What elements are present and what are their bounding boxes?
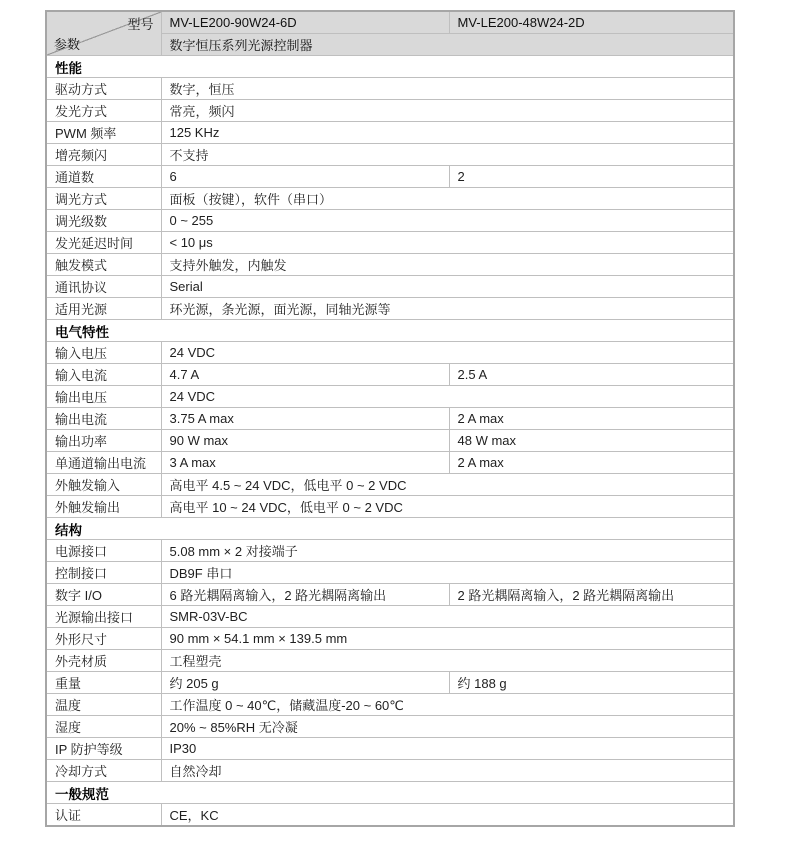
spec-value: CE，KC	[161, 804, 734, 827]
table-row: 湿度20% ~ 85%RH 无冷凝	[46, 716, 734, 738]
section-row: 性能	[46, 56, 734, 78]
spec-value: 不支持	[161, 144, 734, 166]
table-row: 输入电压24 VDC	[46, 342, 734, 364]
corner-label-parameter: 参数	[54, 34, 80, 53]
spec-label: PWM 频率	[46, 122, 161, 144]
spec-label: 输入电流	[46, 364, 161, 386]
section-row: 结构	[46, 518, 734, 540]
spec-value: 6 路光耦隔离输入，2 路光耦隔离输出	[161, 584, 449, 606]
spec-label: IP 防护等级	[46, 738, 161, 760]
table-row: PWM 频率125 KHz	[46, 122, 734, 144]
spec-label: 适用光源	[46, 298, 161, 320]
spec-value: 90 mm × 54.1 mm × 139.5 mm	[161, 628, 734, 650]
spec-value: IP30	[161, 738, 734, 760]
spec-label: 调光方式	[46, 188, 161, 210]
spec-value: 2.5 A	[449, 364, 734, 386]
table-row: 电源接口5.08 mm × 2 对接端子	[46, 540, 734, 562]
spec-value: 125 KHz	[161, 122, 734, 144]
spec-label: 发光方式	[46, 100, 161, 122]
spec-label: 外触发输入	[46, 474, 161, 496]
spec-value: 5.08 mm × 2 对接端子	[161, 540, 734, 562]
model-name-cell: MV-LE200-48W24-2D	[449, 11, 734, 34]
spec-value: 24 VDC	[161, 342, 734, 364]
spec-value: 面板（按键），软件（串口）	[161, 188, 734, 210]
spec-label: 电源接口	[46, 540, 161, 562]
spec-value: 自然冷却	[161, 760, 734, 782]
table-row: 重量约 205 g约 188 g	[46, 672, 734, 694]
spec-value: 约 188 g	[449, 672, 734, 694]
spec-value: 48 W max	[449, 430, 734, 452]
spec-label: 通道数	[46, 166, 161, 188]
model-header-row: 型号 参数 MV-LE200-90W24-6D MV-LE200-48W24-2…	[46, 11, 734, 34]
section-title: 结构	[46, 518, 734, 540]
table-row: 认证CE，KC	[46, 804, 734, 827]
spec-value: 3.75 A max	[161, 408, 449, 430]
spec-label: 认证	[46, 804, 161, 827]
spec-value: 常亮，频闪	[161, 100, 734, 122]
spec-label: 驱动方式	[46, 78, 161, 100]
spec-label: 输出电压	[46, 386, 161, 408]
table-row: 控制接口DB9F 串口	[46, 562, 734, 584]
spec-value: 数字，恒压	[161, 78, 734, 100]
spec-value: DB9F 串口	[161, 562, 734, 584]
table-row: 外触发输入高电平 4.5 ~ 24 VDC，低电平 0 ~ 2 VDC	[46, 474, 734, 496]
spec-label: 调光级数	[46, 210, 161, 232]
section-title: 电气特性	[46, 320, 734, 342]
spec-label: 触发模式	[46, 254, 161, 276]
table-row: 驱动方式数字，恒压	[46, 78, 734, 100]
spec-value: 支持外触发，内触发	[161, 254, 734, 276]
table-row: 增亮频闪不支持	[46, 144, 734, 166]
table-row: 发光延迟时间< 10 μs	[46, 232, 734, 254]
table-row: 触发模式支持外触发，内触发	[46, 254, 734, 276]
table-row: 冷却方式自然冷却	[46, 760, 734, 782]
table-row: 外形尺寸90 mm × 54.1 mm × 139.5 mm	[46, 628, 734, 650]
spec-value: 高电平 10 ~ 24 VDC，低电平 0 ~ 2 VDC	[161, 496, 734, 518]
spec-label: 湿度	[46, 716, 161, 738]
table-row: 温度工作温度 0 ~ 40℃，储藏温度-20 ~ 60℃	[46, 694, 734, 716]
spec-value: 高电平 4.5 ~ 24 VDC，低电平 0 ~ 2 VDC	[161, 474, 734, 496]
model-name-cell: MV-LE200-90W24-6D	[161, 11, 449, 34]
spec-value: 90 W max	[161, 430, 449, 452]
table-row: 适用光源环光源，条光源，面光源，同轴光源等	[46, 298, 734, 320]
corner-diagonal-cell: 型号 参数	[46, 11, 161, 56]
spec-label: 外壳材质	[46, 650, 161, 672]
spec-value: < 10 μs	[161, 232, 734, 254]
corner-label-model: 型号	[127, 14, 153, 33]
table-row: 外触发输出高电平 10 ~ 24 VDC，低电平 0 ~ 2 VDC	[46, 496, 734, 518]
table-row: 输出电压24 VDC	[46, 386, 734, 408]
table-row: 输入电流4.7 A2.5 A	[46, 364, 734, 386]
spec-value: 20% ~ 85%RH 无冷凝	[161, 716, 734, 738]
table-row: 发光方式常亮，频闪	[46, 100, 734, 122]
table-row: 数字 I/O6 路光耦隔离输入，2 路光耦隔离输出2 路光耦隔离输入，2 路光耦…	[46, 584, 734, 606]
spec-label: 发光延迟时间	[46, 232, 161, 254]
spec-label: 温度	[46, 694, 161, 716]
spec-table-container: 型号 参数 MV-LE200-90W24-6D MV-LE200-48W24-2…	[45, 10, 735, 827]
spec-value: 工作温度 0 ~ 40℃，储藏温度-20 ~ 60℃	[161, 694, 734, 716]
spec-label: 控制接口	[46, 562, 161, 584]
section-row: 一般规范	[46, 782, 734, 804]
spec-table: 型号 参数 MV-LE200-90W24-6D MV-LE200-48W24-2…	[45, 10, 735, 827]
section-title: 一般规范	[46, 782, 734, 804]
table-row: 单通道输出电流3 A max2 A max	[46, 452, 734, 474]
spec-value: 工程塑壳	[161, 650, 734, 672]
spec-label: 数字 I/O	[46, 584, 161, 606]
spec-value: 约 205 g	[161, 672, 449, 694]
spec-label: 外触发输出	[46, 496, 161, 518]
table-row: 通道数62	[46, 166, 734, 188]
spec-label: 输出电流	[46, 408, 161, 430]
spec-label: 增亮频闪	[46, 144, 161, 166]
spec-value: 环光源，条光源，面光源，同轴光源等	[161, 298, 734, 320]
section-row: 电气特性	[46, 320, 734, 342]
spec-value: 2 A max	[449, 408, 734, 430]
spec-label: 光源输出接口	[46, 606, 161, 628]
table-row: 调光方式面板（按键），软件（串口）	[46, 188, 734, 210]
spec-sheet-page: 型号 参数 MV-LE200-90W24-6D MV-LE200-48W24-2…	[0, 0, 787, 857]
spec-label: 冷却方式	[46, 760, 161, 782]
spec-label: 输出功率	[46, 430, 161, 452]
table-row: 输出功率90 W max48 W max	[46, 430, 734, 452]
table-row: 调光级数0 ~ 255	[46, 210, 734, 232]
table-row: 外壳材质工程塑壳	[46, 650, 734, 672]
table-row: 输出电流3.75 A max2 A max	[46, 408, 734, 430]
spec-value: 0 ~ 255	[161, 210, 734, 232]
section-title: 性能	[46, 56, 734, 78]
spec-value: SMR-03V-BC	[161, 606, 734, 628]
spec-value: 6	[161, 166, 449, 188]
spec-value: Serial	[161, 276, 734, 298]
spec-label: 通讯协议	[46, 276, 161, 298]
spec-value: 2 路光耦隔离输入，2 路光耦隔离输出	[449, 584, 734, 606]
spec-label: 输入电压	[46, 342, 161, 364]
series-name-cell: 数字恒压系列光源控制器	[161, 34, 734, 56]
table-row: 光源输出接口SMR-03V-BC	[46, 606, 734, 628]
spec-value: 3 A max	[161, 452, 449, 474]
spec-value: 24 VDC	[161, 386, 734, 408]
spec-value: 4.7 A	[161, 364, 449, 386]
spec-value: 2 A max	[449, 452, 734, 474]
spec-label: 单通道输出电流	[46, 452, 161, 474]
table-row: IP 防护等级IP30	[46, 738, 734, 760]
spec-label: 重量	[46, 672, 161, 694]
spec-value: 2	[449, 166, 734, 188]
table-row: 通讯协议Serial	[46, 276, 734, 298]
spec-label: 外形尺寸	[46, 628, 161, 650]
spec-table-body: 型号 参数 MV-LE200-90W24-6D MV-LE200-48W24-2…	[46, 11, 734, 826]
